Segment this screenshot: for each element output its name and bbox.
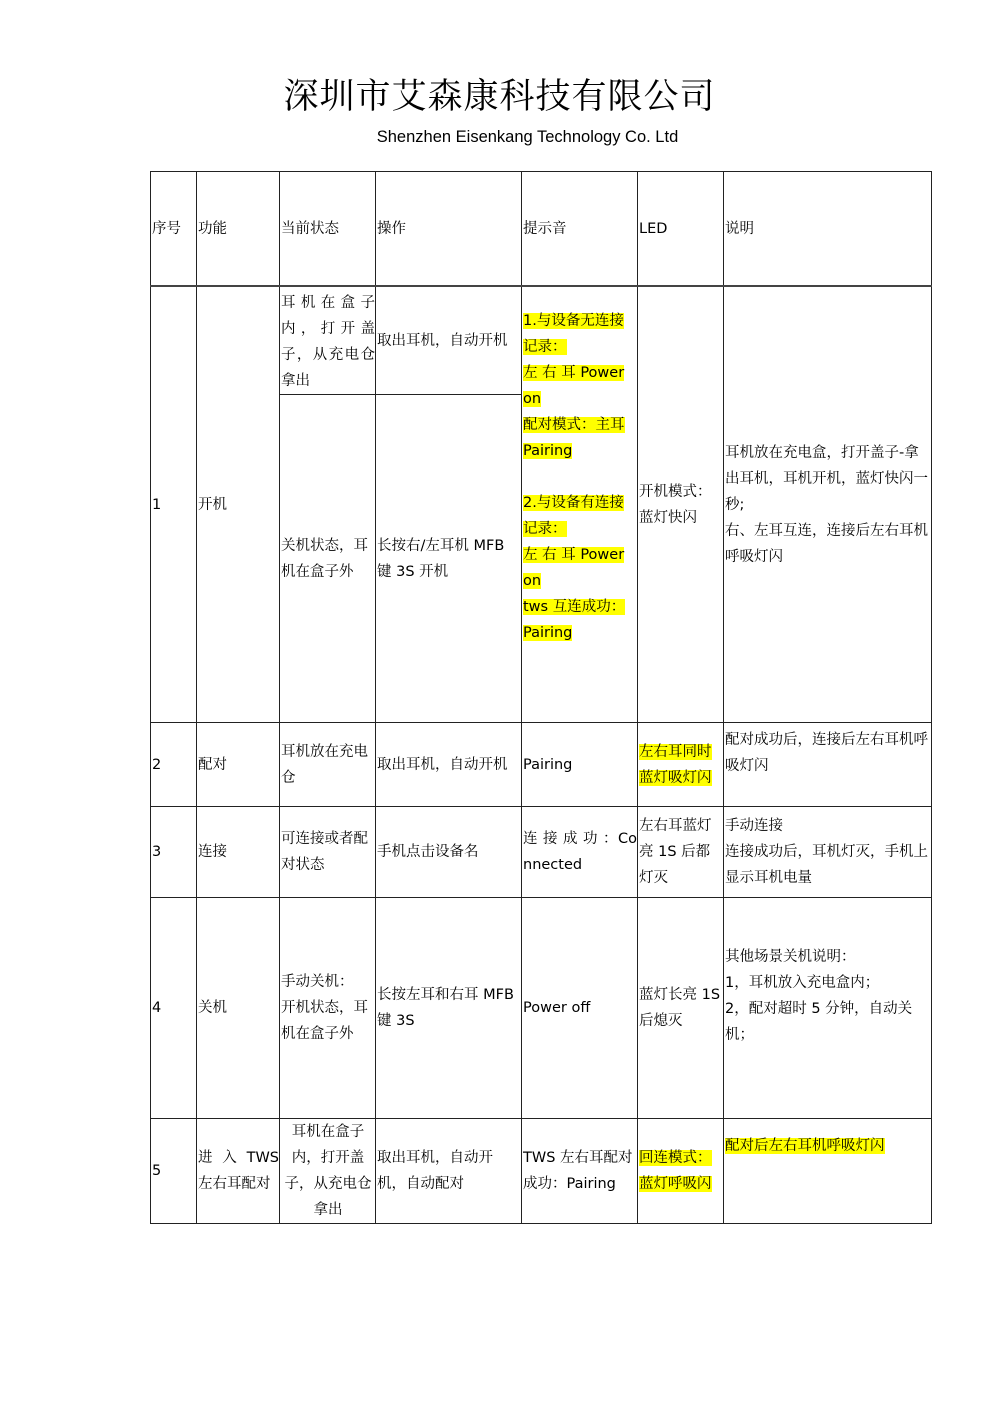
tone-line: 配对模式：主耳 xyxy=(523,417,625,433)
cell-note: 手动连接 连接成功后，耳机灯灭，手机上显示耳机电量 xyxy=(724,807,932,898)
table-row: 1 开机 耳机在盒子内，打开盖子，从充电仓拿出 取出耳机，自动开机 1.与设备无… xyxy=(151,286,932,395)
header-no: 序号 xyxy=(151,172,197,287)
cell-operation: 长按左耳和右耳 MFB 键 3S xyxy=(376,898,522,1119)
table-row: 2 配对 耳机放在充电仓 取出耳机，自动开机 Pairing 左右耳同时蓝灯吸灯… xyxy=(151,723,932,807)
cell-no: 2 xyxy=(151,723,197,807)
tone-line-wrap: 记录： xyxy=(523,334,637,360)
tone-line-wrap: 左 右 耳 Power xyxy=(523,542,637,568)
cell-function: 进 入 TWS 左右耳配对 xyxy=(197,1119,280,1224)
cell-state: 可连接或者配对状态 xyxy=(280,807,376,898)
note-line: 连接成功后，耳机灯灭，手机上显示耳机电量 xyxy=(725,839,931,891)
cell-operation: 长按右/左耳机 MFB 键 3S 开机 xyxy=(376,395,522,723)
tone-line-wrap: 2.与设备有连接 xyxy=(523,490,637,516)
tone-line-wrap: 1.与设备无连接 xyxy=(523,308,637,334)
header-led: LED xyxy=(638,172,724,287)
cell-led: 左右耳蓝灯亮 1S 后都灯灭 xyxy=(638,807,724,898)
cell-note: 配对成功后，连接后左右耳机呼吸灯闪 xyxy=(724,723,932,807)
header-tone: 提示音 xyxy=(522,172,638,287)
header-operation: 操作 xyxy=(376,172,522,287)
cell-tone: Pairing xyxy=(522,723,638,807)
tone-line: tws 互连成功： xyxy=(523,599,625,615)
cell-state: 手动关机： 开机状态，耳机在盒子外 xyxy=(280,898,376,1119)
tone-line: 记录： xyxy=(523,339,567,355)
note-line: 1，耳机放入充电盒内； xyxy=(725,970,931,996)
led-highlight: 回连模式：蓝灯呼吸闪 xyxy=(639,1150,712,1192)
state-line: 开机状态，耳机在盒子外 xyxy=(281,995,375,1047)
tone-line: on xyxy=(523,391,541,407)
note-highlight: 配对后左右耳机呼吸灯闪 xyxy=(725,1138,885,1154)
cell-tone: 连 接 成 功 ：Connected xyxy=(522,807,638,898)
cell-function: 关机 xyxy=(197,898,280,1119)
cell-operation: 手机点击设备名 xyxy=(376,807,522,898)
tone-line: 记录： xyxy=(523,521,567,537)
cell-tone: Power off xyxy=(522,898,638,1119)
cell-state: 耳机在盒子内，打开盖子，从充电仓拿出 xyxy=(280,286,376,395)
cell-note: 耳机放在充电盒，打开盖子-拿出耳机，耳机开机，蓝灯快闪一秒; 右、左耳互连，连接… xyxy=(724,286,932,723)
cell-function: 连接 xyxy=(197,807,280,898)
note-line: 其他场景关机说明： xyxy=(725,944,931,970)
cell-tone: TWS 左右耳配对成功：Pairing xyxy=(522,1119,638,1224)
tone-line-wrap: on xyxy=(523,386,637,412)
cell-no: 4 xyxy=(151,898,197,1119)
cell-state: 耳机在盒子内，打开盖子，从充电仓拿出 xyxy=(280,1119,376,1224)
cell-led: 开机模式：蓝灯快闪 xyxy=(638,286,724,723)
tone-line-wrap: Pairing xyxy=(523,438,637,464)
cell-function: 配对 xyxy=(197,723,280,807)
tone-line-wrap: Pairing xyxy=(523,620,637,646)
tone-line: 1.与设备无连接 xyxy=(523,313,624,329)
table-header-row: 序号 功能 当前状态 操作 提示音 LED 说明 xyxy=(151,172,932,287)
state-line: 手动关机： xyxy=(281,969,375,995)
led-highlight: 左右耳同时蓝灯吸灯闪 xyxy=(639,744,712,786)
tone-line-wrap: 左 右 耳 Power xyxy=(523,360,637,386)
cell-no: 3 xyxy=(151,807,197,898)
tone-line-wrap: 记录： xyxy=(523,516,637,542)
cell-operation: 取出耳机，自动开机 xyxy=(376,723,522,807)
cell-function: 开机 xyxy=(197,286,280,723)
tone-line: on xyxy=(523,573,541,589)
note-line: 2，配对超时 5 分钟，自动关机； xyxy=(725,996,931,1048)
cell-led: 回连模式：蓝灯呼吸闪 xyxy=(638,1119,724,1224)
tone-gap xyxy=(523,464,637,490)
cell-led: 左右耳同时蓝灯吸灯闪 xyxy=(638,723,724,807)
note-line: 手动连接 xyxy=(725,813,931,839)
table-row: 5 进 入 TWS 左右耳配对 耳机在盒子内，打开盖子，从充电仓拿出 取出耳机，… xyxy=(151,1119,932,1224)
function-spec-table: 序号 功能 当前状态 操作 提示音 LED 说明 1 开机 耳机在盒子内，打开盖… xyxy=(150,171,932,1224)
cell-state: 耳机放在充电仓 xyxy=(280,723,376,807)
tone-line-wrap: 配对模式：主耳 xyxy=(523,412,637,438)
tone-line: 左 右 耳 Power xyxy=(523,547,624,563)
tone-line: 左 右 耳 Power xyxy=(523,365,624,381)
cell-no: 1 xyxy=(151,286,197,723)
table-row: 3 连接 可连接或者配对状态 手机点击设备名 连 接 成 功 ：Connecte… xyxy=(151,807,932,898)
header-state: 当前状态 xyxy=(280,172,376,287)
cell-note: 其他场景关机说明： 1，耳机放入充电盒内； 2，配对超时 5 分钟，自动关机； xyxy=(724,898,932,1119)
cell-no: 5 xyxy=(151,1119,197,1224)
cell-operation: 取出耳机，自动开机，自动配对 xyxy=(376,1119,522,1224)
tone-line: Pairing xyxy=(523,625,572,641)
cell-operation: 取出耳机，自动开机 xyxy=(376,286,522,395)
tone-line-wrap: on xyxy=(523,568,637,594)
header-function: 功能 xyxy=(197,172,280,287)
tone-line: Pairing xyxy=(523,443,572,459)
cell-note: 配对后左右耳机呼吸灯闪 xyxy=(724,1119,932,1224)
header-note: 说明 xyxy=(724,172,932,287)
tone-lines: 1.与设备无连接记录：左 右 耳 Poweron配对模式：主耳Pairing2.… xyxy=(523,308,637,646)
tone-line-wrap: tws 互连成功： xyxy=(523,594,637,620)
cell-led: 蓝灯长亮 1S 后熄灭 xyxy=(638,898,724,1119)
cell-state: 关机状态，耳机在盒子外 xyxy=(280,395,376,723)
cell-tone: 1.与设备无连接记录：左 右 耳 Poweron配对模式：主耳Pairing2.… xyxy=(522,286,638,723)
tone-line: 2.与设备有连接 xyxy=(523,495,624,511)
table-row: 4 关机 手动关机： 开机状态，耳机在盒子外 长按左耳和右耳 MFB 键 3S … xyxy=(151,898,932,1119)
company-name-english: Shenzhen Eisenkang Technology Co. Ltd xyxy=(28,126,999,148)
company-name-chinese: 深圳市艾森康科技有限公司 xyxy=(0,74,999,120)
